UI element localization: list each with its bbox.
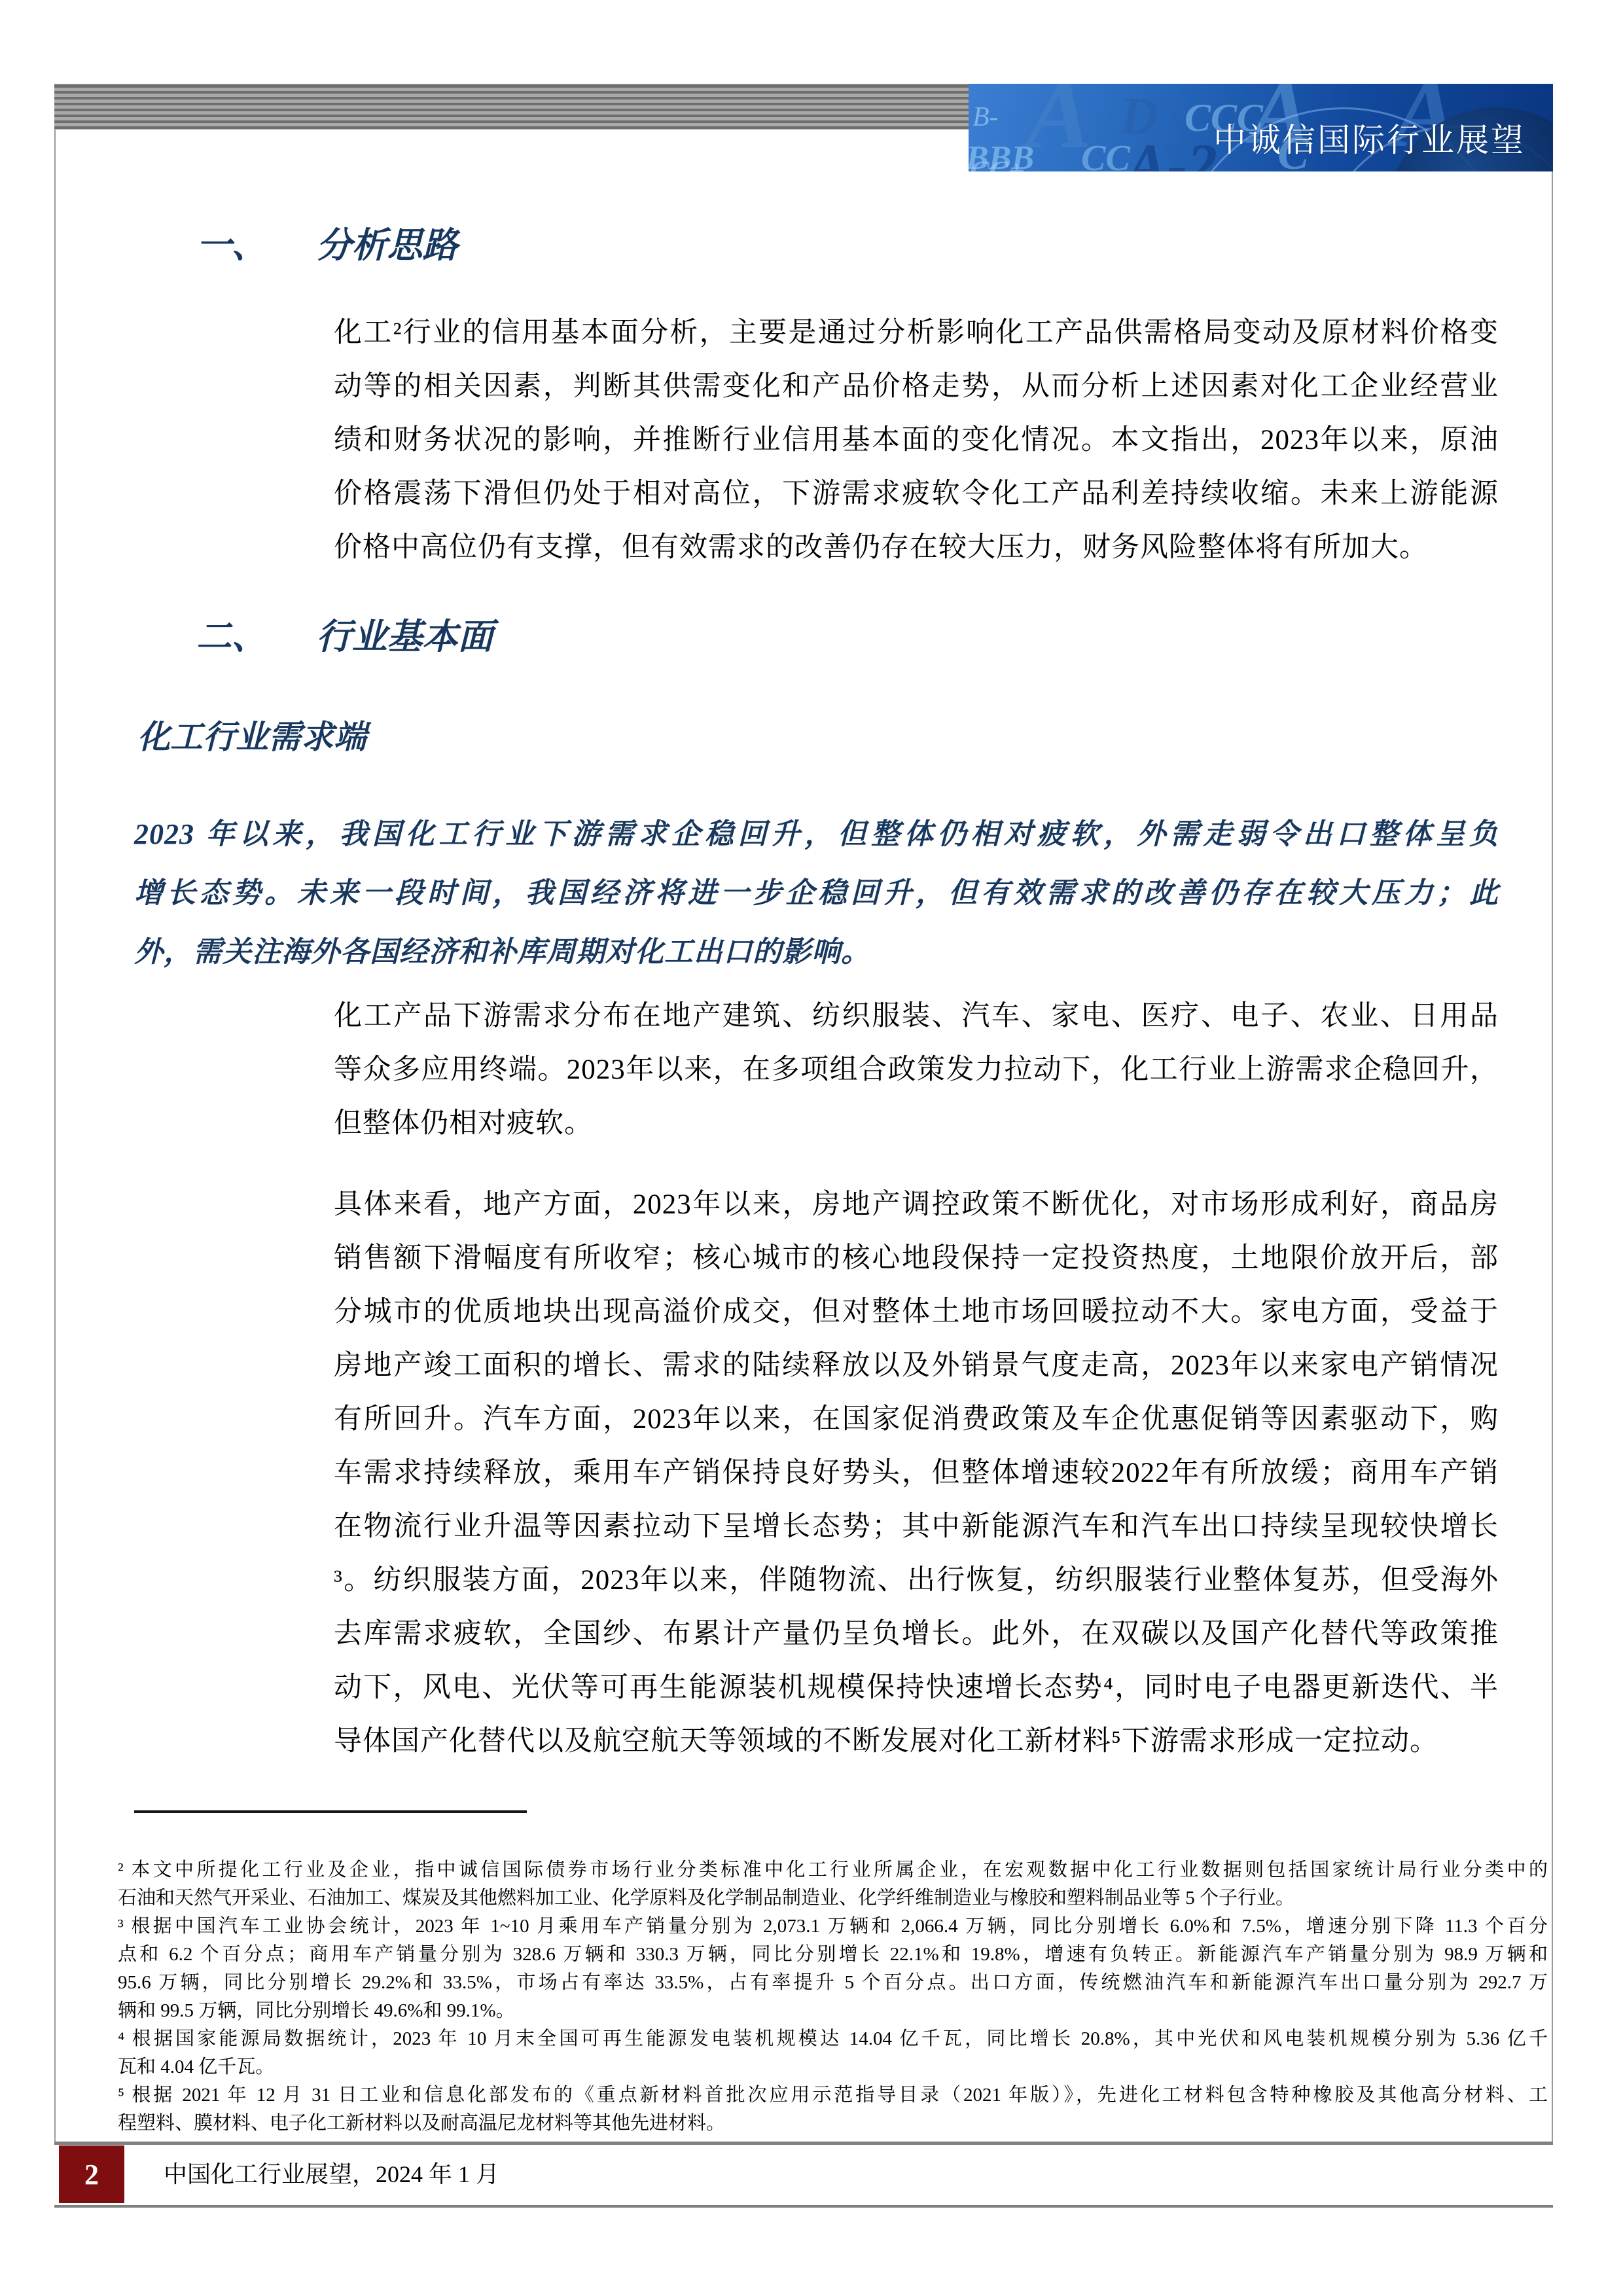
body-paragraph: 化工产品下游需求分布在地产建筑、纺织服装、汽车、家电、医疗、电子、农业、日用品等… xyxy=(334,990,1499,1151)
text-line: 点和 6.2 个百分点；商用车产销量分别为 328.6 万辆和 330.3 万辆… xyxy=(118,1941,1548,1969)
footnote-separator xyxy=(134,1810,527,1813)
footnote-4: ⁴ 根据国家能源局数据统计，2023 年 10 月末全国可再生能源发电装机规模达… xyxy=(118,2025,1548,2081)
text-line: 外，需关注海外各国经济和补库周期对化工出口的影响。 xyxy=(134,923,1499,982)
text-line: 2023 年以来，我国化工行业下游需求企稳回升，但整体仍相对疲软，外需走弱令出口… xyxy=(134,805,1499,864)
text-line: 95.6 万辆，同比分别增长 29.2%和 33.5%，市场占有率达 33.5%… xyxy=(118,1969,1548,1997)
text-line: 价格震荡下滑但仍处于相对高位，下游需求疲软令化工产品利差持续收缩。未来上游能源 xyxy=(334,467,1499,521)
body-paragraph: 化工²行业的信用基本面分析，主要是通过分析影响化工产品供需格局变动及原材料价格变… xyxy=(334,306,1499,575)
section-number: 一、 xyxy=(196,223,308,268)
page-number: 2 xyxy=(84,2158,99,2191)
rating-letters-decor: A- xyxy=(1160,161,1199,171)
text-line: ⁵ 根据 2021 年 12 月 31 日工业和信息化部发布的《重点新材料首批次… xyxy=(118,2081,1548,2109)
text-line: 去库需求疲软，全国纱、布累计产量仍呈负增长。此外，在双碳以及国产化替代等政策推 xyxy=(334,1607,1499,1661)
text-line: 在物流行业升温等因素拉动下呈增长态势；其中新能源汽车和汽车出口持续呈现较快增长 xyxy=(334,1500,1499,1554)
text-line: 车需求持续释放，乘用车产销保持良好势头，但整体增速较2022年有所放缓；商用车产… xyxy=(334,1446,1499,1500)
text-line: 程塑料、膜材料、电子化工新材料以及耐高温尼龙材料等其他先进材料。 xyxy=(118,2109,1548,2138)
text-line: 具体来看，地产方面，2023年以来，房地产调控政策不断优化，对市场形成利好，商品… xyxy=(334,1178,1499,1232)
page-frame-left-border xyxy=(54,84,56,2142)
footer-publication-title: 中国化工行业展望，2024 年 1 月 xyxy=(164,2145,499,2203)
footnote-3: ³ 根据中国汽车工业协会统计，2023 年 1~10 月乘用车产销量分别为 2,… xyxy=(118,1912,1548,2025)
footnotes-block: ² 本文中所提化工行业及企业，指中诚信国际债券市场行业分类标准中化工行业所属企业… xyxy=(118,1856,1548,2138)
text-line: ³ 根据中国汽车工业协会统计，2023 年 1~10 月乘用车产销量分别为 2,… xyxy=(118,1912,1548,1941)
sub-heading-demand-side: 化工行业需求端 xyxy=(137,716,366,758)
footer-bottom-rule xyxy=(54,2205,1553,2208)
footnote-2: ² 本文中所提化工行业及企业，指中诚信国际债券市场行业分类标准中化工行业所属企业… xyxy=(118,1856,1548,1912)
footer-top-rule xyxy=(54,2142,1553,2145)
text-line: 化工产品下游需求分布在地产建筑、纺织服装、汽车、家电、医疗、电子、农业、日用品 xyxy=(334,990,1499,1043)
body-paragraph: 具体来看，地产方面，2023年以来，房地产调控政策不断优化，对市场形成利好，商品… xyxy=(334,1178,1499,1768)
rating-letters-decor: CC xyxy=(1081,140,1130,171)
text-line: 价格中高位仍有支撑，但有效需求的改善仍存在较大压力，财务风险整体将有所加大。 xyxy=(334,521,1499,575)
section-number: 二、 xyxy=(196,614,308,660)
banner-artwork: B- A D CCC A A BBB CC A-2 C CC+ A- 中诚信国际… xyxy=(969,84,1553,171)
section-heading-1: 一、 分析思路 xyxy=(196,223,458,268)
text-line: 分城市的优质地块出现高溢价成交，但对整体土地市场回暖拉动不大。家电方面，受益于 xyxy=(334,1285,1499,1339)
rating-letters-decor: CC+ xyxy=(970,157,1025,171)
text-line: 辆和 99.5 万辆，同比分别增长 49.6%和 99.1%。 xyxy=(118,1997,1548,2025)
text-line: 增长态势。未来一段时间，我国经济将进一步企稳回升，但有效需求的改善仍存在较大压力… xyxy=(134,864,1499,923)
text-line: ² 本文中所提化工行业及企业，指中诚信国际债券市场行业分类标准中化工行业所属企业… xyxy=(118,1856,1548,1884)
lead-summary-paragraph: 2023 年以来，我国化工行业下游需求企稳回升，但整体仍相对疲软，外需走弱令出口… xyxy=(134,805,1499,982)
text-line: 瓦和 4.04 亿千瓦。 xyxy=(118,2053,1548,2081)
text-line: 绩和财务状况的影响，并推断行业信用基本面的变化情况。本文指出，2023年以来，原… xyxy=(334,414,1499,467)
section-title: 分析思路 xyxy=(317,226,458,265)
document-page: B- A D CCC A A BBB CC A-2 C CC+ A- 中诚信国际… xyxy=(0,0,1623,2296)
section-heading-2: 二、 行业基本面 xyxy=(196,614,493,660)
text-line: ³。纺织服装方面，2023年以来，伴随物流、出行恢复，纺织服装行业整体复苏，但受… xyxy=(334,1554,1499,1607)
text-line: 导体国产化替代以及航空航天等领域的不断发展对化工新材料⁵下游需求形成一定拉动。 xyxy=(334,1715,1499,1768)
page-number-badge: 2 xyxy=(59,2145,124,2203)
header-banner: B- A D CCC A A BBB CC A-2 C CC+ A- 中诚信国际… xyxy=(54,84,1553,171)
banner-stripes-decor xyxy=(54,84,969,130)
section-title: 行业基本面 xyxy=(317,617,493,656)
text-line: 但整体仍相对疲软。 xyxy=(334,1097,1499,1151)
text-line: 销售额下滑幅度有所收窄；核心城市的核心地段保持一定投资热度，土地限价放开后，部 xyxy=(334,1232,1499,1285)
text-line: 化工²行业的信用基本面分析，主要是通过分析影响化工产品供需格局变动及原材料价格变 xyxy=(334,306,1499,360)
footnote-5: ⁵ 根据 2021 年 12 月 31 日工业和信息化部发布的《重点新材料首批次… xyxy=(118,2081,1548,2138)
text-line: 动下，风电、光伏等可再生能源装机规模保持快速增长态势⁴，同时电子电器更新迭代、半 xyxy=(334,1661,1499,1715)
text-line: 房地产竣工面积的增长、需求的陆续释放以及外销景气度走高，2023年以来家电产销情… xyxy=(334,1339,1499,1393)
rating-letters-decor: B- xyxy=(972,103,999,131)
text-line: 等众多应用终端。2023年以来，在多项组合政策发力拉动下，化工行业上游需求企稳回… xyxy=(334,1043,1499,1097)
text-line: 有所回升。汽车方面，2023年以来，在国家促消费政策及车企优惠促销等因素驱动下，… xyxy=(334,1393,1499,1446)
text-line: 石油和天然气开采业、石油加工、煤炭及其他燃料加工业、化学原料及化学制品制造业、化… xyxy=(118,1884,1548,1912)
text-line: 动等的相关因素，判断其供需变化和产品价格走势，从而分析上述因素对化工企业经营业 xyxy=(334,360,1499,414)
page-frame-right-border xyxy=(1552,84,1553,2142)
text-line: ⁴ 根据国家能源局数据统计，2023 年 10 月末全国可再生能源发电装机规模达… xyxy=(118,2025,1548,2053)
banner-title: 中诚信国际行业展望 xyxy=(1213,114,1525,161)
